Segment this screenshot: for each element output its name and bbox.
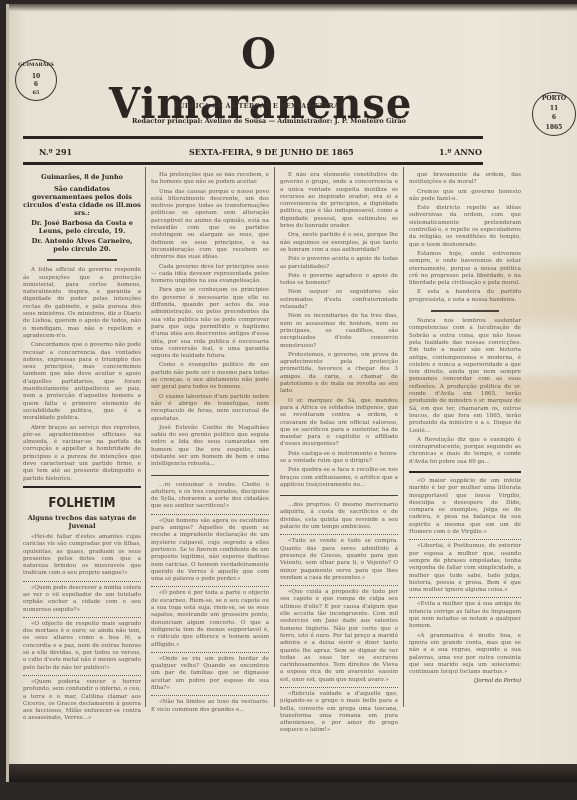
- column-4: que bravamente da ordem, das instituiçõe…: [409, 172, 521, 777]
- article-paragraph: Pois castiga-se o instrumento e honra-se…: [280, 451, 398, 466]
- editorial-staff: Redactor principal: Avelino de Sousa — A…: [104, 117, 434, 125]
- folhetim-paragraph: «Quem pode descrever a minha colera ao v…: [23, 585, 141, 614]
- article-paragraph: Pois quebra-se a faca e recolhe-se nos b…: [280, 467, 398, 489]
- folhetim-paragraph: «A grammatica é muito boa, e ignora em g…: [409, 633, 521, 677]
- dotted-separator: [280, 585, 398, 586]
- article-paragraph: Pois o governo agradece o apoio de todos…: [280, 273, 398, 288]
- publication-schedule: PUBLICA-SE ÀS TERÇAS E SEXTAS-FEIRAS: [169, 102, 349, 110]
- dotted-separator: [280, 687, 398, 688]
- dotted-separator: [23, 675, 141, 676]
- article-paragraph: O sr. marquez de Sá, que mandou para a A…: [280, 398, 398, 449]
- dotted-separator: [409, 597, 521, 598]
- article-paragraph: O exame laborioso d'um partido nobre não…: [151, 394, 269, 423]
- postmark-year: 65: [16, 90, 56, 96]
- article-paragraph: Uma das causas porque o nosso povo está …: [151, 189, 269, 262]
- dotted-separator: [151, 514, 269, 515]
- column-divider: [403, 167, 404, 707]
- issue-number: N.º 291: [39, 147, 72, 157]
- article-paragraph: Ha pretenções que se não recebem, e ha h…: [151, 172, 269, 187]
- folhetim-paragraph: «Hei-de fallar d'estes amantes cujas car…: [23, 534, 141, 578]
- scan-bottom-edge: [9, 764, 577, 782]
- folhetim-paragraph: «Evita a mulher que á sua amiga de infan…: [409, 601, 521, 630]
- article-paragraph: E esta a bandeira do partido progressist…: [409, 289, 521, 304]
- folhetim-paragraph: «Tudo se vende e tudo se compra. Quanto …: [280, 538, 398, 582]
- article-paragraph: Nem os incendiarios de ha tres dias, nem…: [280, 313, 398, 349]
- folhetim-rule: [23, 486, 141, 488]
- article-paragraph: Nunca nos lembrou sustentar competencias…: [409, 318, 521, 435]
- folhetim-paragraph: ...dos proprios. O mesmo mercenario adqu…: [280, 502, 398, 531]
- header-rule-bottom: [23, 162, 483, 165]
- folhetim-paragraph: «Que cuida a proposito de tudo por seu c…: [280, 589, 398, 684]
- column-1: Guimarães, 8 de Junho São candidatos gov…: [23, 172, 141, 777]
- postmark-town: GUIMARÃES: [16, 62, 56, 68]
- dotted-separator: [23, 581, 141, 582]
- dotted-separator: [151, 695, 269, 696]
- article-paragraph: E não era elemento constitutivo de gover…: [280, 172, 398, 230]
- folhetim-paragraph: «O maior supplicio de um infeliz marido …: [409, 478, 521, 536]
- volume-year: 1.º ANNO: [439, 147, 482, 157]
- article-paragraph: Como o evangelho politico de um partido …: [151, 362, 269, 391]
- postmark-town: PORTO: [533, 95, 575, 102]
- postmark-day: 10: [16, 73, 56, 80]
- candidate-2: Dr. Antonio Alves Carneiro, pelo circulo…: [23, 237, 141, 253]
- article-paragraph: A Revolução diz que o exemplo é contrapr…: [409, 437, 521, 466]
- newspaper-sheet: GUIMARÃES 10 6 65 PORTO 11 6 1865 O Vima…: [6, 4, 577, 782]
- column-2: Ha pretenções que se não recebem, e ha h…: [151, 172, 269, 777]
- article-paragraph: Este districto repelle as idéas subversi…: [409, 205, 521, 249]
- folhetim-heading: FOLHETIM: [23, 496, 141, 512]
- postmark-guimaraes: GUIMARÃES 10 6 65: [15, 59, 57, 101]
- article-paragraph: Pois o governo aceita o apoio de todas a…: [280, 256, 398, 271]
- article-paragraph: Concordamos que o governo não pode recus…: [23, 342, 141, 422]
- dotted-separator: [151, 586, 269, 587]
- issue-info-bar: N.º 291 SEXTA-FEIRA, 9 DE JUNHO DE 1865 …: [39, 147, 494, 161]
- article-paragraph: Nem sequer os seguidores são estremados …: [280, 289, 398, 311]
- candidates-intro: São candidatos governamentaes pelos dois…: [23, 185, 141, 217]
- column-divider: [274, 167, 275, 707]
- dotted-separator: [280, 534, 398, 535]
- folhetim-paragraph: «Não ha limites ao luxo da vestuario. E …: [151, 699, 269, 714]
- folhetim-paragraph: «Ridicula vaidade a d'aquelle que, julga…: [280, 691, 398, 735]
- folhetim-paragraph: «Que homens são agora os escolhidos para…: [151, 518, 269, 584]
- folhetim-paragraph: «O pobre é por toda a parte o objecto de…: [151, 590, 269, 648]
- postmark-month: 6: [16, 81, 56, 88]
- article-paragraph: A folha official do governo responde ás …: [23, 267, 141, 340]
- postmark-month: 6: [533, 114, 575, 121]
- article-paragraph: Ora, neste partido é o seu, porque lhe n…: [280, 232, 398, 254]
- source-signature: (Jornal do Porto): [409, 678, 521, 685]
- dotted-separator: [409, 539, 521, 540]
- folhetim-rule: [409, 471, 521, 473]
- folhetim-rule: [151, 475, 269, 476]
- postmark-day: 11: [533, 105, 575, 112]
- dateline: Guimarães, 8 de Junho: [23, 174, 141, 181]
- article-paragraph: Protestemos, o governo, em prova de agra…: [280, 352, 398, 396]
- folhetim-paragraph: ...ro consumar o roubo. Clodio o adulter…: [151, 482, 269, 511]
- article-paragraph: Cremos que um governo honesto não pode f…: [409, 189, 521, 204]
- dotted-separator: [151, 652, 269, 653]
- dotted-separator: [23, 617, 141, 618]
- column-divider: [145, 167, 146, 707]
- folhetim-paragraph: «Quem poderia vencer o horror profundo, …: [23, 679, 141, 723]
- article-paragraph: Estamos hoje, onde estivemos sempre, e o…: [409, 251, 521, 287]
- article-paragraph: José Estevão Coelho de Magalhães sahiu d…: [151, 425, 269, 469]
- folhetim-paragraph: «O objecto de respeito mais sagrado dos …: [23, 621, 141, 672]
- article-paragraph: Abrir braços ao serviço dos reprobos, pô…: [23, 425, 141, 483]
- folhetim-paragraph: «Onde se viu um pobre herdar de qualquer…: [151, 656, 269, 692]
- issue-date: SEXTA-FEIRA, 9 DE JUNHO DE 1865: [189, 147, 354, 157]
- column-3: E não era elemento constitutivo de gover…: [280, 172, 398, 777]
- candidate-1: Dr. José Barbosa da Costa e Leuns, pelo …: [23, 219, 141, 235]
- folhetim-rule: [280, 495, 398, 496]
- section-separator: [47, 259, 118, 261]
- article-paragraph: Para que se conheçam os principios do go…: [151, 287, 269, 360]
- header-rule-top: [23, 136, 483, 139]
- folhetim-subtitle: Alguns trechos das satyras de Juvenal: [23, 514, 141, 530]
- article-paragraph: Cada governo deve ter principios seus — …: [151, 264, 269, 286]
- postmark-porto: PORTO 11 6 1865: [532, 92, 576, 136]
- section-separator: [431, 310, 498, 312]
- newspaper-scan: GUIMARÃES 10 6 65 PORTO 11 6 1865 O Vima…: [0, 0, 577, 800]
- folhetim-paragraph: «Libertai, ó Posthumus, de exterior por …: [409, 543, 521, 594]
- article-paragraph: que bravamente da ordem, das instituiçõe…: [409, 172, 521, 187]
- newspaper-title: O Vimaranense: [109, 30, 409, 129]
- postmark-year: 1865: [533, 124, 575, 131]
